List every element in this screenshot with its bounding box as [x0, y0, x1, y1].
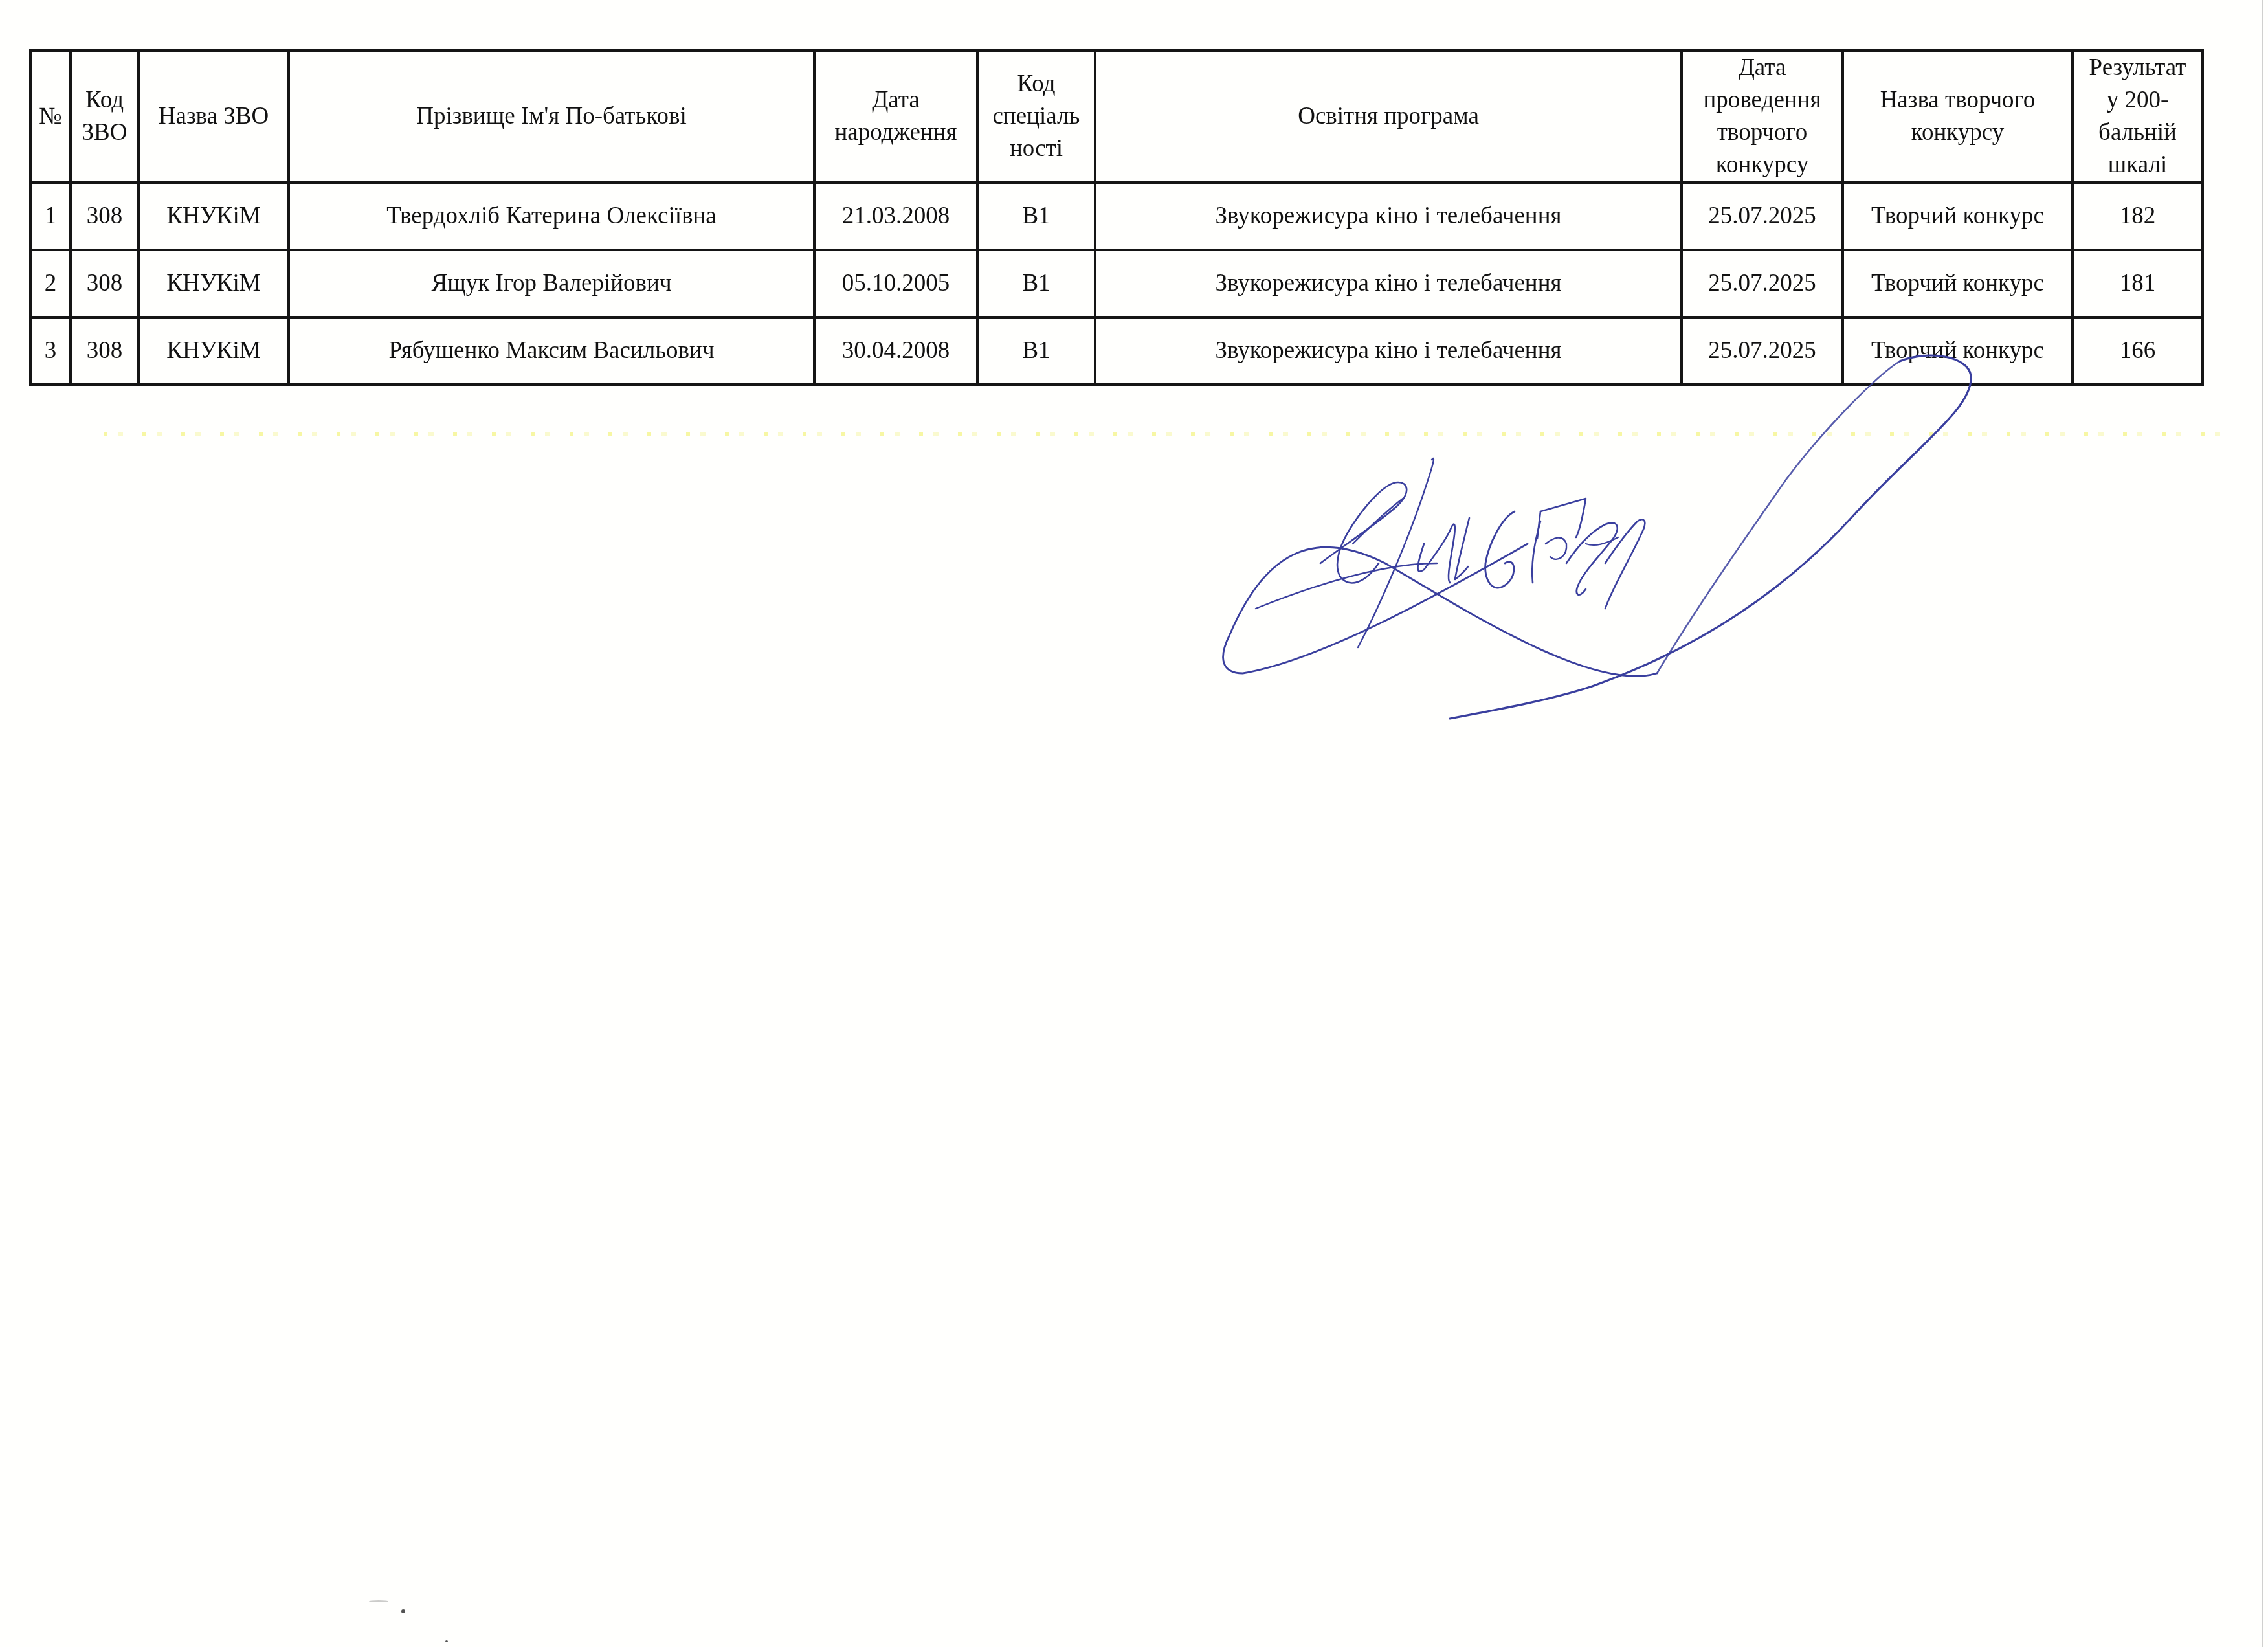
- table-row: 2308КНУКіМЯщук Ігор Валерійович05.10.200…: [30, 250, 2203, 317]
- cell-birth-date: 30.04.2008: [814, 317, 977, 385]
- cell-zvo-name: КНУКіМ: [139, 250, 289, 317]
- cell-full-name: Ящук Ігор Валерійович: [289, 250, 814, 317]
- column-header-contest-date: Датапроведеннятворчогоконкурсу: [1682, 50, 1843, 183]
- cell-contest-name: Творчий конкурс: [1843, 183, 2073, 250]
- column-header-zvo-name: Назва ЗВО: [139, 50, 289, 183]
- scan-speck: [401, 1609, 405, 1613]
- column-header-num: №: [30, 50, 71, 183]
- cell-zvo-name: КНУКіМ: [139, 183, 289, 250]
- column-header-score: Результату 200-бальнійшкалі: [2073, 50, 2203, 183]
- column-header-text: народження: [819, 117, 972, 149]
- column-header-program: Освітня програма: [1095, 50, 1682, 183]
- column-header-text: Код: [76, 84, 133, 117]
- cell-birth-date: 21.03.2008: [814, 183, 977, 250]
- column-header-text: Прізвище Ім'я По-батькові: [294, 100, 809, 133]
- cell-zvo-code: 308: [71, 250, 139, 317]
- cell-specialty-code: B1: [977, 250, 1095, 317]
- cell-num: 2: [30, 250, 71, 317]
- column-header-text: Освітня програма: [1100, 100, 1676, 133]
- cell-num: 1: [30, 183, 71, 250]
- column-header-text: Код: [983, 68, 1090, 100]
- column-header-text: Дата: [1687, 52, 1838, 84]
- column-header-text: шкалі: [2078, 149, 2197, 181]
- cell-birth-date: 05.10.2005: [814, 250, 977, 317]
- cell-zvo-code: 308: [71, 183, 139, 250]
- cell-zvo-code: 308: [71, 317, 139, 385]
- column-header-text: ності: [983, 133, 1090, 165]
- column-header-zvo-code: КодЗВО: [71, 50, 139, 183]
- cell-contest-name: Творчий конкурс: [1843, 250, 2073, 317]
- column-header-text: Дата: [819, 84, 972, 117]
- column-header-text: Назва творчого: [1848, 84, 2067, 117]
- cell-full-name: Рябушенко Максим Васильович: [289, 317, 814, 385]
- cell-num: 3: [30, 317, 71, 385]
- contest-results-table: №КодЗВОНазва ЗВОПрізвище Ім'я По-батьков…: [29, 49, 2204, 386]
- signature-icon: [1191, 350, 2097, 751]
- cell-program: Звукорежисура кіно і телебачення: [1095, 250, 1682, 317]
- column-header-text: конкурсу: [1848, 117, 2067, 149]
- column-header-text: спеціаль: [983, 100, 1090, 133]
- column-header-text: Назва ЗВО: [144, 100, 283, 133]
- cell-score: 181: [2073, 250, 2203, 317]
- scanned-page: №КодЗВОНазва ЗВОПрізвище Ім'я По-батьков…: [0, 0, 2268, 1647]
- scan-speck: [445, 1640, 448, 1642]
- column-header-text: ЗВО: [76, 117, 133, 149]
- column-header-specialty-code: Кодспеціальності: [977, 50, 1095, 183]
- column-header-full-name: Прізвище Ім'я По-батькові: [289, 50, 814, 183]
- column-header-text: творчого: [1687, 117, 1838, 149]
- cell-contest-date: 25.07.2025: [1682, 250, 1843, 317]
- column-header-contest-name: Назва творчогоконкурсу: [1843, 50, 2073, 183]
- cell-full-name: Твердохліб Катерина Олексіївна: [289, 183, 814, 250]
- cell-specialty-code: B1: [977, 317, 1095, 385]
- column-header-text: №: [36, 100, 65, 133]
- cell-contest-date: 25.07.2025: [1682, 183, 1843, 250]
- column-header-text: у 200-: [2078, 84, 2197, 117]
- cell-specialty-code: B1: [977, 183, 1095, 250]
- cell-program: Звукорежисура кіно і телебачення: [1095, 183, 1682, 250]
- column-header-text: Результат: [2078, 52, 2197, 84]
- column-header-text: проведення: [1687, 84, 1838, 117]
- cell-zvo-name: КНУКіМ: [139, 317, 289, 385]
- table-row: 1308КНУКіМТвердохліб Катерина Олексіївна…: [30, 183, 2203, 250]
- column-header-birth-date: Датанародження: [814, 50, 977, 183]
- cell-score: 182: [2073, 183, 2203, 250]
- table-header-row: №КодЗВОНазва ЗВОПрізвище Ім'я По-батьков…: [30, 50, 2203, 183]
- column-header-text: бальній: [2078, 117, 2197, 149]
- column-header-text: конкурсу: [1687, 149, 1838, 181]
- scan-speck: [369, 1600, 388, 1602]
- scan-edge-line: [2262, 0, 2263, 1647]
